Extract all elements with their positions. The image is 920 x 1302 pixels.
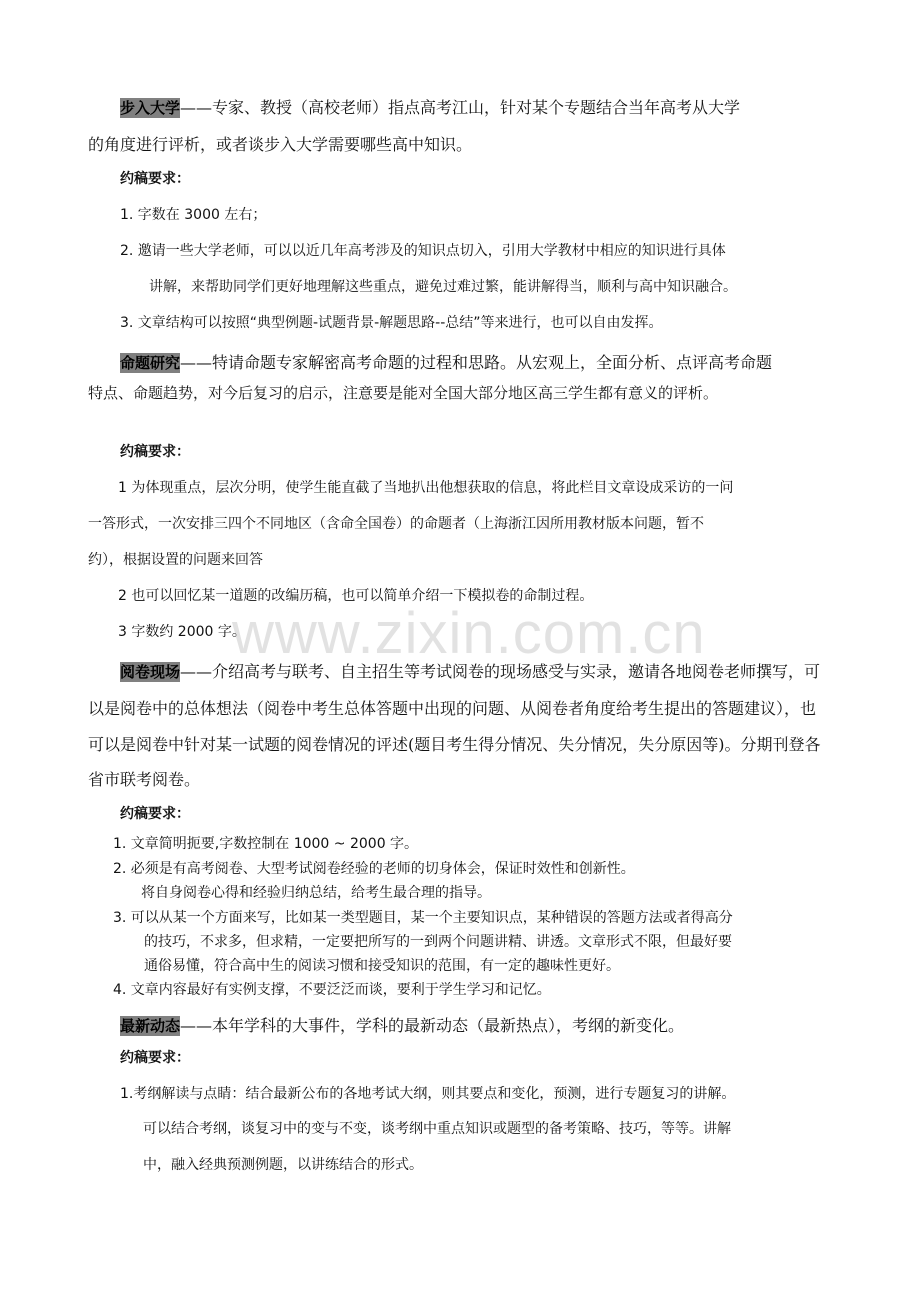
requirements-label: 约稿要求： (120, 168, 190, 188)
section-intro-continued: 的角度进行评析，或者谈步入大学需要哪些高中知识。 (88, 132, 472, 155)
requirements-label: 约稿要求： (120, 1047, 190, 1067)
list-item: 2 也可以回忆某一道题的改编历稿，也可以简单介绍一下模拟卷的命制过程。 (118, 585, 593, 605)
list-item-continued: 通俗易懂，符合高中生的阅读习惯和接受知识的范围，有一定的趣味性更好。 (144, 955, 620, 975)
list-item-continued: 可以结合考纲，谈复习中的变与不变，谈考纲中重点知识或题型的备考策略、技巧，等等。… (143, 1118, 731, 1138)
section-intro-text: ——特请命题专家解密高考命题的过程和思路。从宏观上，全面分析、点评高考命题 (180, 353, 772, 372)
list-item-continued: 一答形式，一次安排三四个不同地区（含命全国卷）的命题者（上海浙江因所用教材版本问… (88, 513, 704, 533)
section-title-highlight: 步入大学 (120, 98, 180, 118)
section-intro-text: ——专家、教授（高校老师）指点高考江山，针对某个专题结合当年高考从大学 (180, 98, 740, 117)
list-item: 1.考纲解读与点睛：结合最新公布的各地考试大纲，则其要点和变化，预测，进行专题复… (120, 1083, 735, 1103)
watermark: www.zixin.com.cn (232, 600, 706, 667)
list-item: 4. 文章内容最好有实例支撑，不要泛泛而谈，要利于学生学习和记忆。 (113, 979, 551, 999)
section-title-highlight: 最新动态 (120, 1016, 180, 1036)
section-intro-continued: 省市联考阅卷。 (88, 767, 200, 790)
list-item: 3. 可以从某一个方面来写，比如某一类型题目，某一个主要知识点，某种错误的答题方… (113, 907, 733, 927)
document-page: 步入大学——专家、教授（高校老师）指点高考江山，针对某个专题结合当年高考从大学 … (0, 0, 920, 1302)
list-item: 1. 字数在 3000 左右； (120, 204, 266, 224)
section-intro-text: ——本年学科的大事件，学科的最新动态（最新热点），考纲的新变化。 (180, 1016, 684, 1035)
section-intro-text: ——介绍高考与联考、自主招生等考试阅卷的现场感受与实录，邀请各地阅卷老师撰写，可 (180, 662, 820, 681)
section-intro-continued: 以是阅卷中的总体想法（阅卷中考生总体答题中出现的问题、从阅卷者角度给考生提出的答… (88, 696, 816, 719)
list-item: 1. 文章简明扼要,字数控制在 1000 ~ 2000 字。 (113, 833, 418, 853)
requirements-label: 约稿要求： (120, 441, 190, 461)
list-item: 3 字数约 2000 字。 (118, 621, 246, 641)
list-item-continued: 的技巧，不求多，但求精，一定要把所写的一到两个问题讲精、讲透。文章形式不限，但最… (144, 931, 732, 951)
list-item-continued: 约），根据设置的问题来回答 (88, 549, 263, 569)
list-item: 1 为体现重点，层次分明，使学生能直截了当地扒出他想获取的信息，将此栏目文章设成… (118, 477, 733, 497)
section-title-highlight: 阅卷现场 (120, 662, 180, 682)
list-item: 2. 邀请一些大学老师，可以以近几年高考涉及的知识点切入，引用大学教材中相应的知… (120, 240, 726, 260)
list-item-continued: 讲解，来帮助同学们更好地理解这些重点，避免过难过繁，能讲解得当，顺利与高中知识融… (149, 276, 737, 296)
list-item-continued: 将自身阅卷心得和经验归纳总结，给考生最合理的指导。 (141, 882, 491, 902)
section-intro-continued: 可以是阅卷中针对某一试题的阅卷情况的评述(题目考生得分情况、失分情况，失分原因等… (88, 732, 821, 755)
list-item: 3. 文章结构可以按照“典型例题-试题背景-解题思路--总结”等来进行，也可以自… (120, 312, 663, 332)
section-intro: 命题研究——特请命题专家解密高考命题的过程和思路。从宏观上，全面分析、点评高考命… (120, 350, 772, 373)
section-intro-continued: 特点、命题趋势，对今后复习的启示，注意要是能对全国大部分地区高三学生都有意义的评… (88, 382, 718, 403)
list-item: 2. 必须是有高考阅卷、大型考试阅卷经验的老师的切身体会，保证时效性和创新性。 (113, 858, 635, 878)
section-intro: 步入大学——专家、教授（高校老师）指点高考江山，针对某个专题结合当年高考从大学 (120, 95, 740, 118)
requirements-label: 约稿要求： (120, 803, 190, 823)
section-intro: 阅卷现场——介绍高考与联考、自主招生等考试阅卷的现场感受与实录，邀请各地阅卷老师… (120, 659, 820, 682)
section-title-highlight: 命题研究 (120, 353, 180, 373)
section-intro: 最新动态——本年学科的大事件，学科的最新动态（最新热点），考纲的新变化。 (120, 1013, 684, 1036)
list-item-continued: 中，融入经典预测例题，以讲练结合的形式。 (143, 1154, 423, 1174)
